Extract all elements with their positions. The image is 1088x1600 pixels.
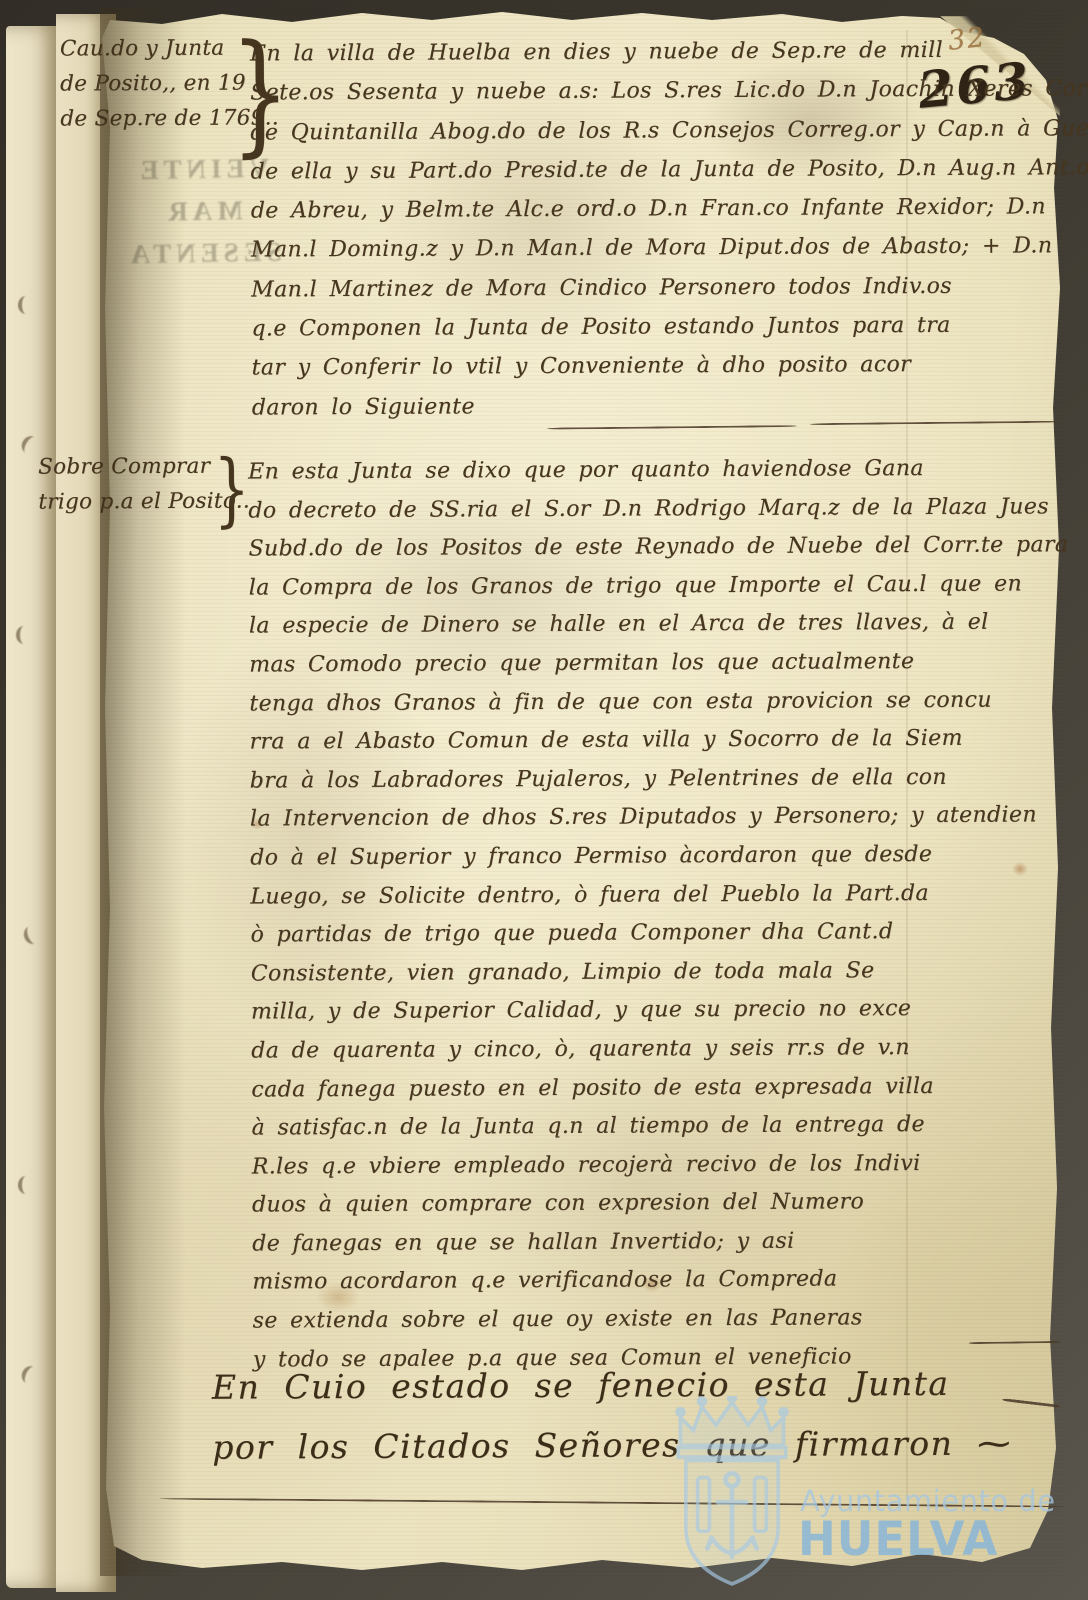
manuscript-line: bra à los Labradores Pujaleros, y Pelent… bbox=[250, 764, 1060, 807]
manuscript-line: por los Citados Señores que firmaron ⁓ bbox=[212, 1423, 1062, 1487]
margin-note-subject: Sobre Comprartrigo p.a el Posito.. bbox=[38, 454, 223, 525]
manuscript-line: Luego, se Solicite dentro, ò fuera del P… bbox=[250, 880, 1060, 923]
manuscript-line: la Compra de los Granos de trigo que Imp… bbox=[249, 571, 1059, 614]
manuscript-line: milla, y de Superior Calidad, y que su p… bbox=[251, 996, 1061, 1039]
closing-paragraph: En Cuio estado se fenecio esta Juntapor … bbox=[212, 1363, 1063, 1487]
manuscript-line: q.e Componen la Junta de Posito estando … bbox=[251, 312, 1056, 356]
manuscript-line: la Intervencion de dhos S.res Diputados … bbox=[250, 803, 1060, 846]
manuscript-line: Consistente, vien granado, Limpio de tod… bbox=[251, 957, 1061, 1000]
manuscript-line: mas Comodo precio que permitan los que a… bbox=[249, 648, 1059, 691]
manuscript-line: ò partidas de trigo que pueda Componer d… bbox=[251, 918, 1061, 961]
manuscript-line: do à el Superior y franco Permiso àcorda… bbox=[250, 841, 1060, 884]
manuscript-line: de Quintanilla Abog.do de los R.s Consej… bbox=[250, 116, 1055, 160]
manuscript-line: En la villa de Huelba en dies y nuebe de… bbox=[250, 37, 1055, 81]
manuscript-line: Sobre Comprar bbox=[38, 454, 223, 490]
body-paragraph: En esta Junta se dixo que por quanto hav… bbox=[248, 455, 1063, 1385]
manuscript-line: de ella y su Part.do Presid.te de la Jun… bbox=[251, 155, 1056, 199]
manuscript-line: à satisfac.n de la Junta q.n al tiempo d… bbox=[252, 1111, 1062, 1154]
manuscript-line: se extienda sobre el que oy existe en la… bbox=[253, 1304, 1063, 1347]
manuscript-line: Man.l Doming.z y D.n Man.l de Mora Diput… bbox=[251, 234, 1056, 278]
manuscript-line: Sete.os Sesenta y nuebe a.s: Los S.res L… bbox=[250, 77, 1055, 121]
margin-brace: } bbox=[214, 450, 250, 530]
manuscript-line: En Cuio estado se fenecio esta Junta bbox=[212, 1363, 1062, 1427]
margin-tick-mark bbox=[227, 1144, 229, 1162]
opening-paragraph: En la villa de Huelba en dies y nuebe de… bbox=[250, 37, 1057, 434]
manuscript-line: tenga dhos Granos à fin de que con esta … bbox=[249, 687, 1059, 730]
manuscript-line: mismo acordaron q.e verificandose la Com… bbox=[252, 1266, 1062, 1309]
manuscript-line: de Sep.re de 1769.. bbox=[60, 106, 235, 142]
manuscript-line: cada fanega puesto en el posito de esta … bbox=[251, 1073, 1061, 1116]
manuscript-line: de fanegas en que se hallan Invertido; y… bbox=[252, 1227, 1062, 1270]
ink-layer: 32 263 Cau.do y Juntade Posito,, en 19de… bbox=[0, 0, 1088, 1600]
manuscript-line: Cau.do y Junta bbox=[60, 36, 235, 72]
archive-scan: { "document": { "folio_number": "32", "i… bbox=[0, 0, 1088, 1600]
manuscript-line: R.les q.e vbiere empleado recojerà reciv… bbox=[252, 1150, 1062, 1193]
manuscript-line: do decreto de SS.ria el S.or D.n Rodrigo… bbox=[248, 494, 1058, 537]
manuscript-line: En esta Junta se dixo que por quanto hav… bbox=[248, 455, 1058, 498]
manuscript-line: trigo p.a el Posito.. bbox=[38, 489, 223, 525]
margin-note-date: Cau.do y Juntade Posito,, en 19de Sep.re… bbox=[60, 36, 236, 142]
manuscript-line: duos à quien comprare con expresion del … bbox=[252, 1189, 1062, 1232]
watermark-text-large: HUELVA bbox=[798, 1512, 998, 1567]
manuscript-line: la especie de Dinero se halle en el Arca… bbox=[249, 610, 1059, 653]
huelva-shield-icon bbox=[664, 1396, 800, 1600]
manuscript-line: Man.l Martinez de Mora Cindico Personero… bbox=[251, 273, 1056, 317]
manuscript-line: de Posito,, en 19 bbox=[60, 71, 235, 107]
manuscript-line: tar y Conferir lo vtil y Conveniente à d… bbox=[252, 352, 1057, 396]
manuscript-line: de Abreu, y Belm.te Alc.e ord.o D.n Fran… bbox=[251, 194, 1056, 238]
manuscript-line: rra a el Abasto Comun de esta villa y So… bbox=[250, 725, 1060, 768]
manuscript-line: da de quarenta y cinco, ò, quarenta y se… bbox=[251, 1034, 1061, 1077]
manuscript-line: Subd.do de los Positos de este Reynado d… bbox=[248, 532, 1058, 575]
